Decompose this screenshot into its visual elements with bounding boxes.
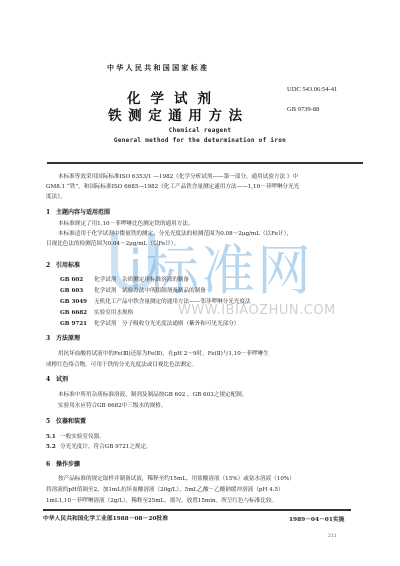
section-number: 5 [46, 418, 56, 425]
watermark-url: WWW.IBIAOZHUN.COM [178, 303, 336, 318]
reference-text: 无机化工产品中铁含量测定的通用方法——邻菲啰啉分光光度法 [94, 299, 251, 305]
page-number: 211 [328, 534, 337, 539]
section-paragraph: 将溶液的pH值调至2，加1mL抗坏血酸溶液（20g/L）、5mL乙酸－乙酸钠缓冲… [46, 485, 284, 495]
reference-code: GB 3049 [60, 299, 94, 305]
footer-divider [43, 509, 351, 511]
section-title: 方法原理 [56, 335, 80, 342]
section-number: 3 [46, 335, 56, 342]
reference-text: 实验室用水规格 [94, 310, 133, 316]
intro-line: 度法》。 [46, 192, 66, 202]
section-heading-6: 6操作步骤 [46, 459, 80, 468]
reference-item: GB 603化学试剂 试验方法中所用制剂及制品的制备 [60, 286, 206, 294]
section-paragraph: 本标准适用于化学试剂中微量铁的测定。分光光度法的检测范围为0.08～2μg/mL… [58, 229, 292, 239]
section-paragraph: 用抗坏血酸将试液中的Fe(Ⅲ)还原为Fe(Ⅱ)，在pH 2～9时，Fe(Ⅱ)与1… [58, 349, 269, 359]
section-heading-2: 2引用标准 [46, 260, 80, 269]
subsection-item: 5.1一般实验室仪器。 [46, 432, 105, 442]
intro-line: 本标准等效采用国际标准ISO 6353/1 —1982《化学分析试剂——第一部分… [58, 172, 298, 182]
reference-code: GB 602 [60, 277, 94, 283]
subsection-number: 5.2 [46, 442, 60, 452]
reference-text: 化学试剂 分子吸收分光光度法通则（紫外和可见光部分） [94, 321, 239, 327]
section-paragraph: 目视比色法的检测范围为0.04～2μg/mL（以Fe计）。 [46, 239, 179, 249]
section-paragraph: 按产品标准的规定取样并制备试液，稀释至约15mL，用盐酸溶液（15%）或氨水溶液… [58, 474, 295, 484]
section-heading-5: 5仪器和装置 [46, 416, 86, 425]
reference-code: GB 6682 [60, 310, 94, 316]
section-title: 引用标准 [56, 262, 80, 269]
reference-text: 化学试剂 试验方法中所用制剂及制品的制备 [94, 288, 206, 294]
intro-line: GM8.1 “铁”，和国际标准ISO 6685—1982《化工产品铁含量测定通用… [46, 182, 299, 192]
english-title-line2: General method for the determination of … [0, 137, 400, 144]
subsection-text: 分光光度计，符合GB 9721之规定。 [60, 444, 152, 450]
header-divider [47, 162, 363, 164]
section-paragraph: 1mL1,10－菲啰啉溶液（2g/L），稀释至25mL，摇匀。放置15min。所… [46, 496, 277, 506]
subsection-text: 一般实验室仪器。 [60, 434, 105, 440]
reference-text: 化学试剂 杂质测定用标准溶液的制备 [94, 277, 189, 283]
standard-number: GB 9739-88 [287, 106, 319, 113]
section-paragraph: 实验用水应符合GB 6682中三级水的规格。 [58, 401, 167, 411]
country-standard-label: 中华人民共和国国家标准 [107, 63, 209, 73]
reference-item: GB 6682实验室用水规格 [60, 308, 133, 316]
reference-code: GB 603 [60, 288, 94, 294]
section-heading-1: 1主题内容与适用范围 [46, 207, 110, 216]
subsection-number: 5.1 [46, 432, 60, 442]
section-paragraph: 成橙红色络合物，可用于铁的分光光度法或目视比色法测定。 [46, 360, 197, 370]
section-title: 试剂 [56, 376, 68, 383]
subsection-item: 5.2分光光度计，符合GB 9721之规定。 [46, 442, 152, 452]
section-number: 6 [46, 461, 56, 468]
english-title-line1: Chemical reagent [0, 127, 400, 134]
reference-item: GB 3049无机化工产品中铁含量测定的通用方法——邻菲啰啉分光光度法 [60, 297, 251, 305]
effective-date: 1989－04－01实施 [289, 514, 344, 523]
section-paragraph: 本标准中所用杂质标准溶液、制剂及制品按GB 602 、GB 603之规定配制。 [58, 390, 247, 400]
section-title: 仪器和装置 [56, 418, 86, 425]
section-number: 1 [46, 209, 56, 216]
document-title-line2: 铁测定通用方法 [108, 104, 249, 124]
section-heading-3: 3方法原理 [46, 333, 80, 342]
reference-item: GB 9721化学试剂 分子吸收分光光度法通则（紫外和可见光部分） [60, 319, 239, 327]
approval-line: 中华人民共和国化学工业部1988－08－20批准 [43, 513, 168, 522]
udc-code: UDC 543.06:54-41 [287, 86, 337, 93]
section-paragraph: 本标准规定了用1,10－菲啰啉比色测定铁的通用方法。 [58, 219, 194, 229]
section-number: 2 [46, 262, 56, 269]
section-heading-4: 4试剂 [46, 374, 68, 383]
reference-code: GB 9721 [60, 321, 94, 327]
section-title: 操作步骤 [56, 461, 80, 468]
reference-item: GB 602化学试剂 杂质测定用标准溶液的制备 [60, 275, 189, 283]
section-number: 4 [46, 376, 56, 383]
section-title: 主题内容与适用范围 [56, 209, 110, 216]
